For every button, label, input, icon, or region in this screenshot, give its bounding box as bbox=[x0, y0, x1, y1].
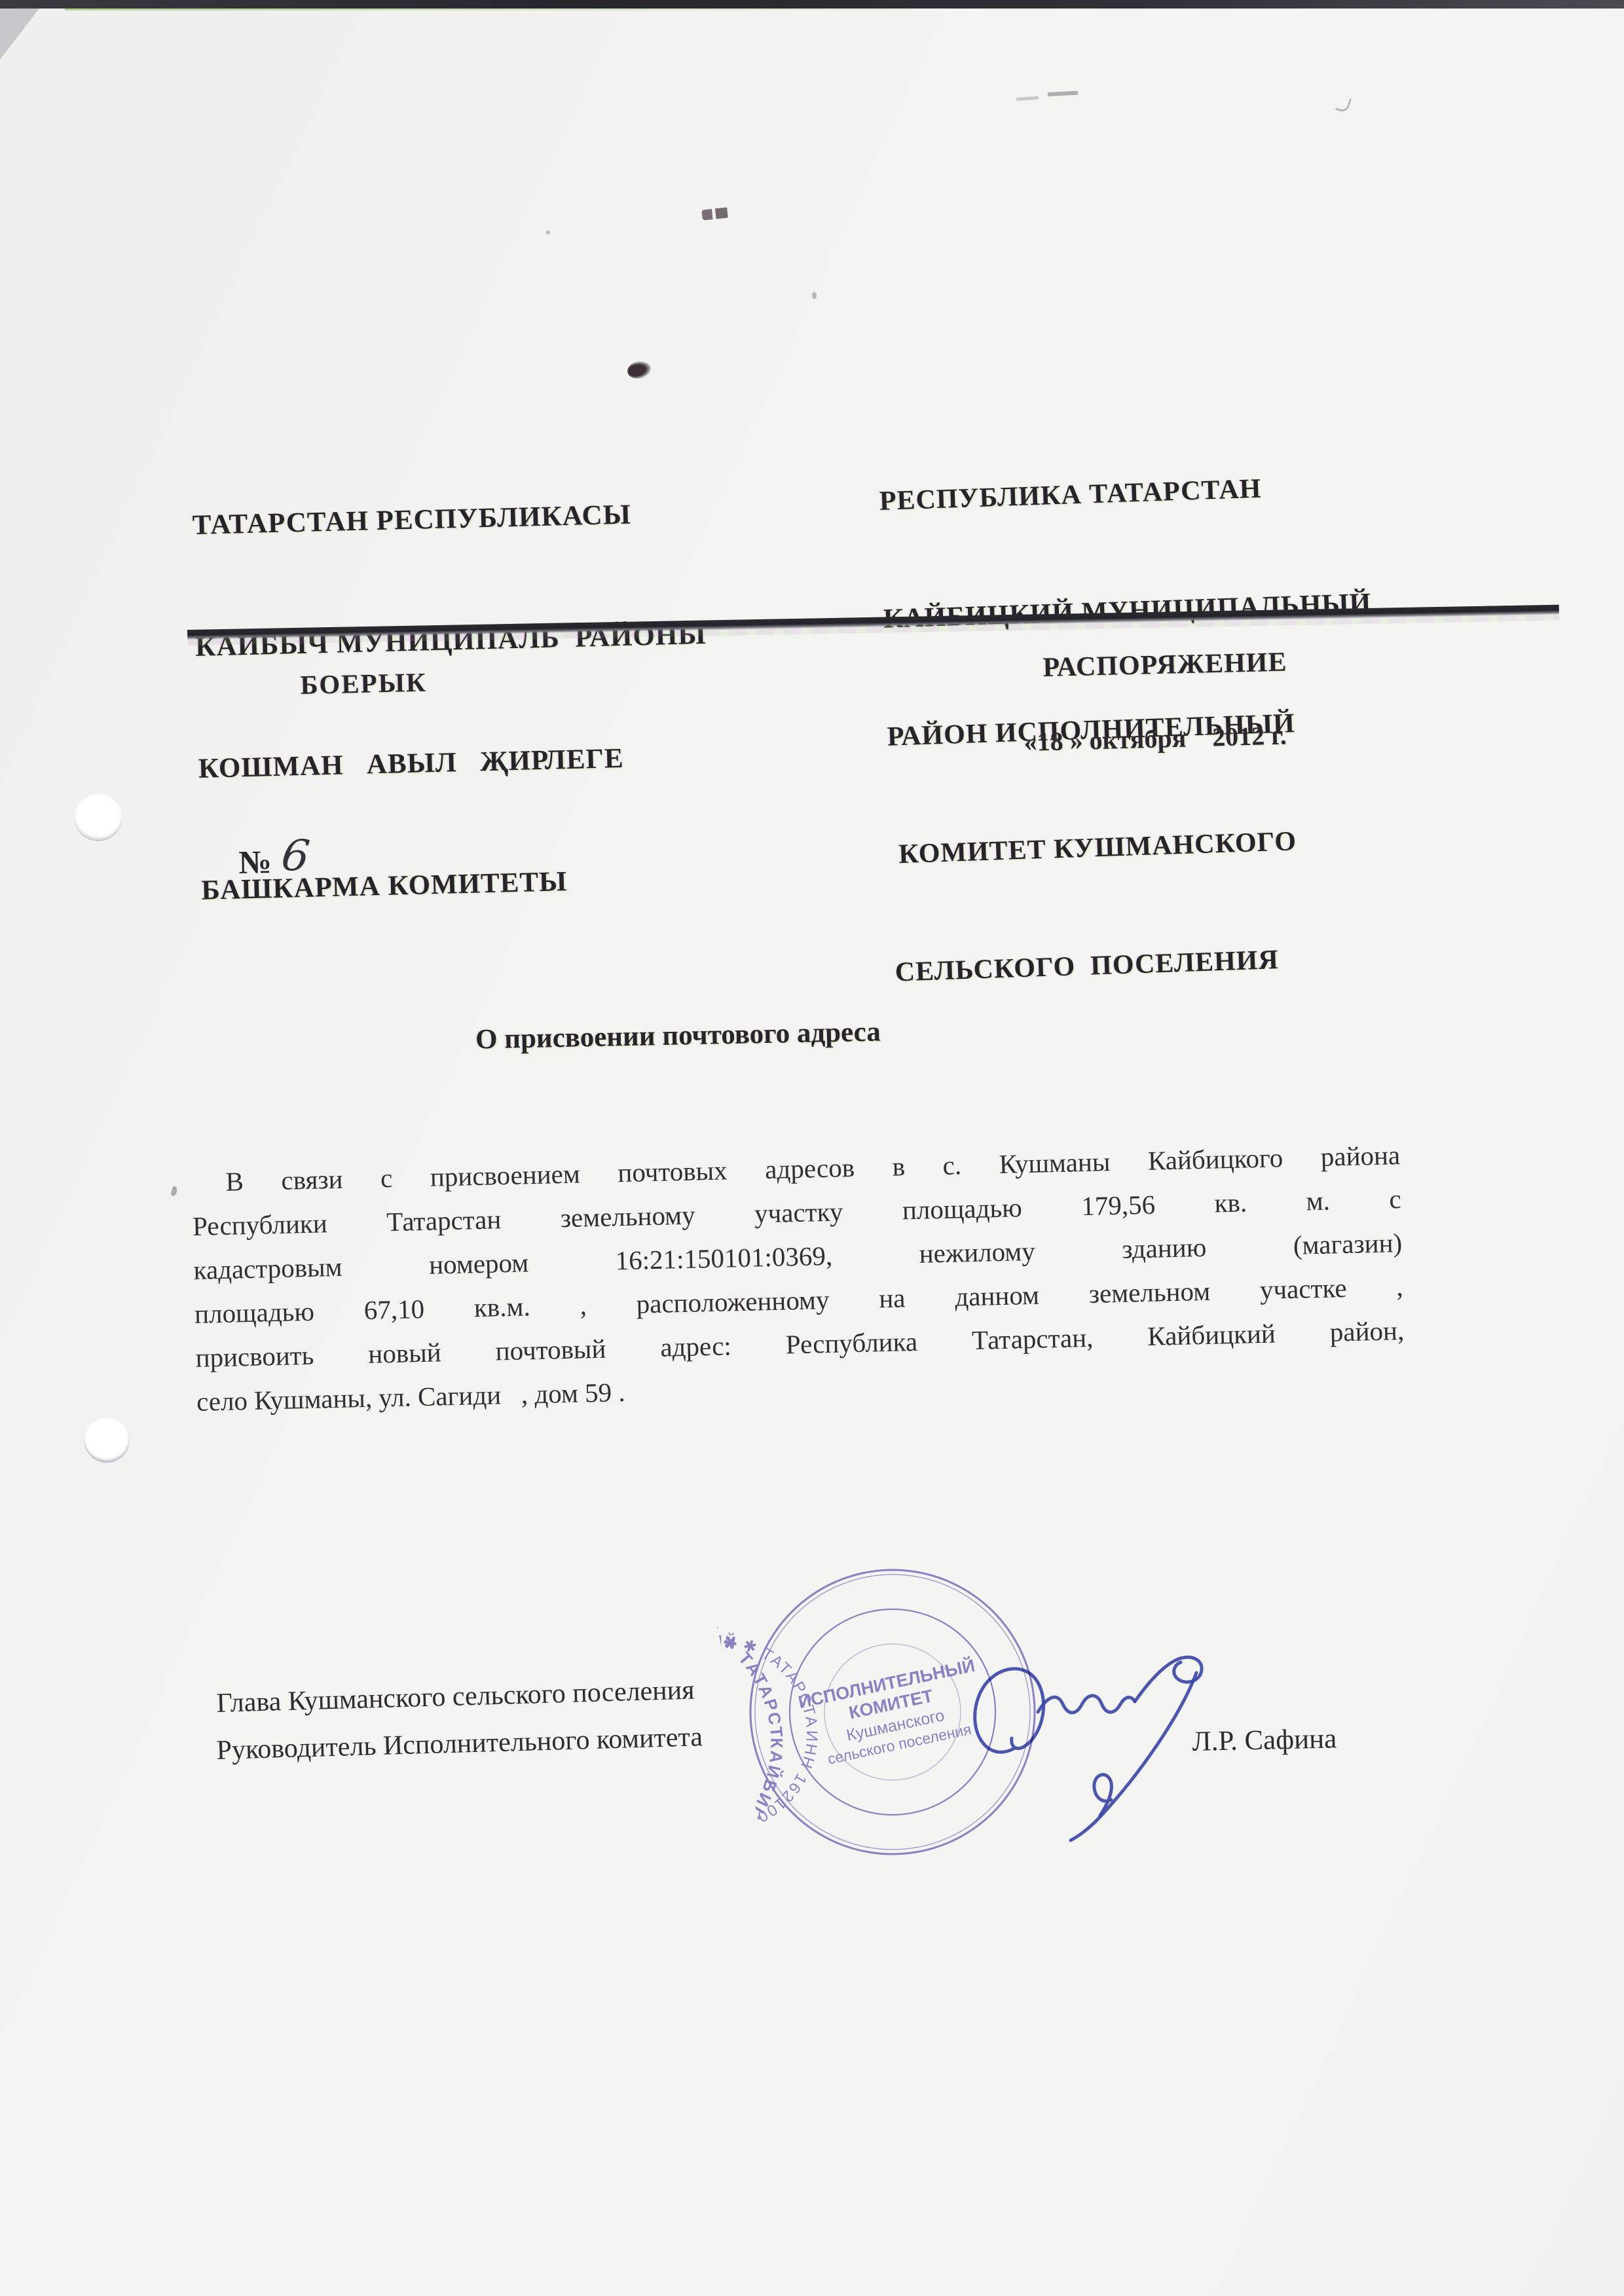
document-body: В связи с присвоением почтовых адресов в… bbox=[191, 1139, 1406, 1430]
smudge-artifact bbox=[701, 206, 736, 220]
hole-punch-bottom bbox=[84, 1418, 130, 1463]
doc-type-russian: РАСПОРЯЖЕНИЕ bbox=[1043, 647, 1287, 683]
ink-blot-artifact bbox=[626, 359, 653, 381]
handwritten-signature bbox=[913, 1607, 1241, 1882]
doc-type-tatar: БОЕРЫК bbox=[300, 666, 427, 701]
signature-stroke bbox=[1038, 1696, 1135, 1713]
number-sign: № bbox=[238, 843, 272, 881]
signature-stroke bbox=[975, 1669, 1044, 1752]
signer-position-line-1: Глава Кушманского сельского поселения bbox=[216, 1675, 695, 1719]
scan-corner-artifact bbox=[0, 9, 39, 60]
comma-artifact bbox=[170, 1186, 177, 1196]
dot-artifact bbox=[546, 230, 550, 234]
scanned-document-page: ТАТАРСТАН РЕСПУБЛИКАСЫ КАЙБЫЧ МУНИЦИПАЛЬ… bbox=[0, 0, 1624, 2296]
stamp-outer-ring-text: КАЙБИЦКИЙ МУНИЦИПАЛЬНЫЙ РАЙОН РЕСПУБЛИКИ… bbox=[710, 1569, 813, 1895]
letterhead-line: СЕЛЬСКОГО ПОСЕЛЕНИЯ bbox=[895, 937, 1384, 993]
document-title: О присвоении почтового адреса bbox=[390, 1014, 967, 1057]
signer-position-line-2: Руководитель Исполнительного комитета bbox=[216, 1721, 703, 1766]
document-number-handwritten: 6 bbox=[279, 830, 312, 882]
signature-stroke bbox=[1135, 1657, 1202, 1702]
document-number: № 6 bbox=[238, 842, 310, 882]
dash-artifact bbox=[1016, 96, 1039, 101]
dash-artifact bbox=[1048, 91, 1078, 96]
letterhead-line: КОШМАН АВЫЛ ҖИРЛЕГЕ bbox=[198, 737, 710, 790]
hole-punch-top bbox=[74, 794, 122, 841]
scan-edge-artifact bbox=[0, 0, 1624, 9]
letterhead-line: КОМИТЕТ КУШМАНСКОГО bbox=[891, 819, 1380, 875]
dot-artifact bbox=[812, 292, 817, 299]
letterhead-line: РЕСПУБЛИКА ТАТАРСТАН bbox=[879, 465, 1368, 521]
letterhead-line: ТАТАРСТАН РЕСПУБЛИКАСЫ bbox=[192, 493, 704, 546]
squiggle-artifact bbox=[1335, 96, 1352, 114]
letterhead-tatar: ТАТАРСТАН РЕСПУБЛИКАСЫ КАЙБЫЧ МУНИЦИПАЛЬ… bbox=[190, 412, 714, 993]
